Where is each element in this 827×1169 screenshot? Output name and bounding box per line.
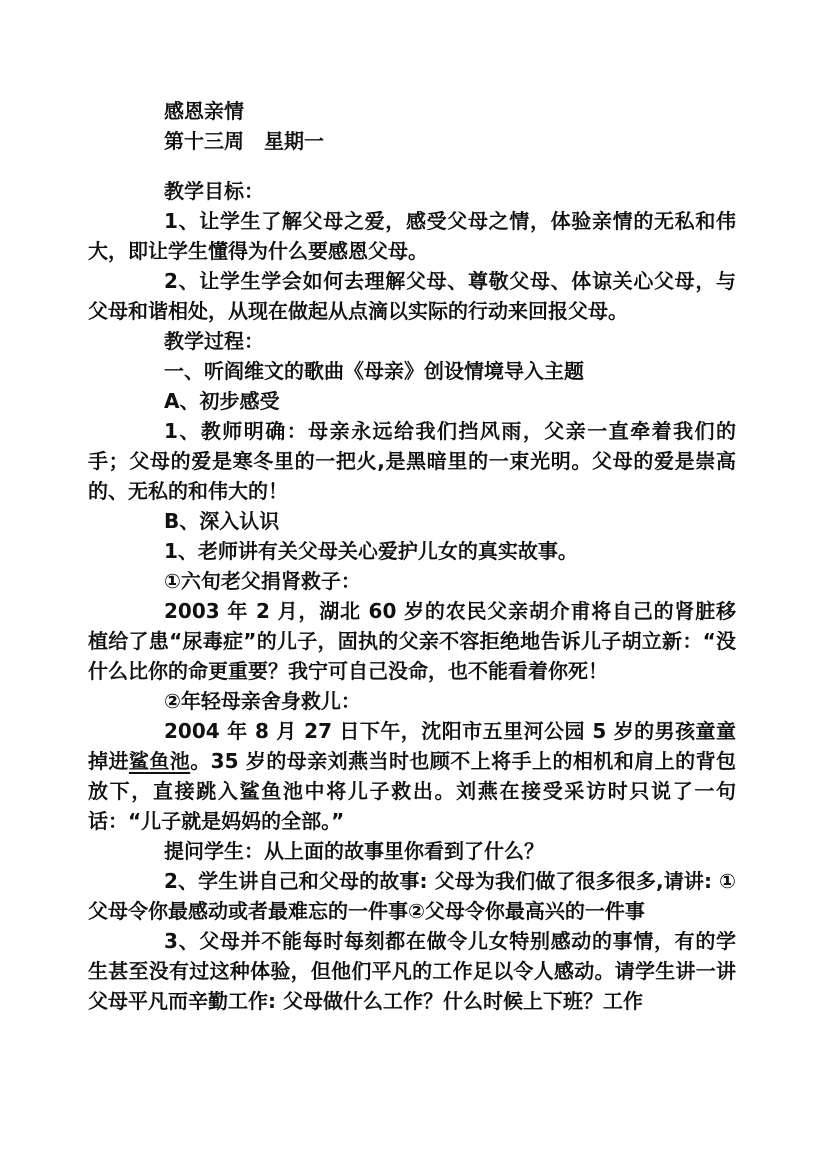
heading-teaching-process: 教学过程： bbox=[88, 326, 736, 356]
text-run: 一、听阎维文的歌曲《母亲》创设情境导入主题 bbox=[164, 359, 584, 383]
activity-2: 2、学生讲自己和父母的故事: 父母为我们做了很多很多,请讲: ①父母令你最感动或… bbox=[88, 866, 736, 926]
text-run: 3、父母并不能每时每刻都在做令儿女特别感动的事情，有的学生甚至没有过这种体验，但… bbox=[88, 929, 736, 1013]
text-run: 提问学生：从上面的故事里你看到了什么？ bbox=[164, 839, 544, 863]
story-2-title: ②年轻母亲舍身救儿： bbox=[88, 686, 736, 716]
part-b-heading: B、深入认识 bbox=[88, 506, 736, 536]
text-run: 教学过程： bbox=[164, 329, 264, 353]
question-to-students: 提问学生：从上面的故事里你看到了什么？ bbox=[88, 836, 736, 866]
document-body: 感恩亲情第十三周 星期一教学目标：1、让学生了解父母之爱，感受父母之情，体验亲情… bbox=[88, 96, 736, 1016]
week-day-line: 第十三周 星期一 bbox=[88, 126, 736, 156]
text-run: 感恩亲情 bbox=[164, 99, 244, 123]
document-page: 感恩亲情第十三周 星期一教学目标：1、让学生了解父母之爱，感受父母之情，体验亲情… bbox=[0, 0, 827, 1169]
text-run: ①六旬老父捐肾救子： bbox=[164, 569, 361, 593]
text-run: 1、老师讲有关父母关心爱护儿女的真实故事。 bbox=[164, 539, 578, 563]
text-run: 2、学生讲自己和父母的故事: 父母为我们做了很多很多,请讲: ①父母令你最感动或… bbox=[88, 869, 736, 923]
text-run: A、初步感受 bbox=[164, 389, 279, 413]
text-run: ②年轻母亲舍身救儿： bbox=[164, 689, 361, 713]
text-run: B、深入认识 bbox=[164, 509, 279, 533]
text-run: 2、让学生学会如何去理解父母、尊敬父母、体谅关心父母，与父母和谐相处，从现在做起… bbox=[88, 269, 736, 323]
text-run: 第十三周 星期一 bbox=[164, 129, 324, 153]
story-1-body: 2003 年 2 月，湖北 60 岁的农民父亲胡介甫将自己的肾脏移植给了患“尿毒… bbox=[88, 596, 736, 686]
text-run: 1、让学生了解父母之爱，感受父母之情，体验亲情的无私和伟大，即让学生懂得为什么要… bbox=[88, 209, 736, 263]
underlined-text: 鲨鱼池 bbox=[129, 749, 190, 773]
doc-title: 感恩亲情 bbox=[88, 96, 736, 126]
blank-line bbox=[88, 156, 736, 176]
story-1-title: ①六旬老父捐肾救子： bbox=[88, 566, 736, 596]
objective-1: 1、让学生了解父母之爱，感受父母之情，体验亲情的无私和伟大，即让学生懂得为什么要… bbox=[88, 206, 736, 266]
heading-teaching-objectives: 教学目标： bbox=[88, 176, 736, 206]
part-a-heading: A、初步感受 bbox=[88, 386, 736, 416]
section-1-heading: 一、听阎维文的歌曲《母亲》创设情境导入主题 bbox=[88, 356, 736, 386]
story-2-body: 2004 年 8 月 27 日下午，沈阳市五里河公园 5 岁的男孩童童掉进鲨鱼池… bbox=[88, 716, 736, 836]
activity-3: 3、父母并不能每时每刻都在做令儿女特别感动的事情，有的学生甚至没有过这种体验，但… bbox=[88, 926, 736, 1016]
text-run: 2003 年 2 月，湖北 60 岁的农民父亲胡介甫将自己的肾脏移植给了患“尿毒… bbox=[88, 599, 736, 683]
teacher-statement: 1、教师明确：母亲永远给我们挡风雨，父亲一直牵着我们的手；父母的爱是寒冬里的一把… bbox=[88, 416, 736, 506]
text-run: 教学目标： bbox=[164, 179, 264, 203]
text-run: 1、教师明确：母亲永远给我们挡风雨，父亲一直牵着我们的手；父母的爱是寒冬里的一把… bbox=[88, 419, 736, 503]
objective-2: 2、让学生学会如何去理解父母、尊敬父母、体谅关心父母，与父母和谐相处，从现在做起… bbox=[88, 266, 736, 326]
stories-intro: 1、老师讲有关父母关心爱护儿女的真实故事。 bbox=[88, 536, 736, 566]
